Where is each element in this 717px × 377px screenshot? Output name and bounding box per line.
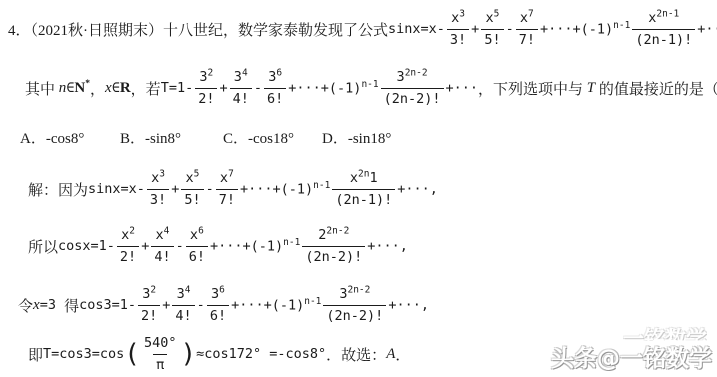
text-run: 解：因为 [28, 179, 88, 200]
math-fraction: x2n-1(2n-1)! [632, 9, 695, 49]
math-power: 36 [268, 69, 282, 85]
math-exponent: 3 [159, 169, 165, 180]
fraction-denominator: 3! [447, 29, 469, 49]
fraction-denominator: 6! [264, 88, 286, 108]
fraction-numerator: 34 [232, 68, 250, 87]
math-text: cosx=1- [58, 238, 115, 254]
math-fraction: 540°π [142, 334, 179, 374]
fraction-denominator: 5! [481, 29, 503, 49]
math-power: (-1)n-1 [329, 80, 379, 97]
math-text: T=cos3=cos [43, 346, 124, 362]
math-text: - [206, 181, 214, 197]
math-text: 2! [120, 249, 136, 265]
math-text: +···, [388, 297, 429, 313]
math-power: x2n [350, 170, 370, 186]
math-text: + [162, 297, 170, 313]
fraction-numerator: x5 [484, 9, 502, 28]
math-power: x3 [151, 170, 165, 186]
text-run: 4．（2021秋·日照期末）十八世纪，数学家泰勒发现了公式 [8, 19, 388, 40]
math-text: (2n-2)! [326, 308, 383, 324]
math-power: 32 [199, 69, 213, 85]
math-text: + [219, 80, 227, 96]
math-exponent: 2 [208, 68, 214, 79]
fraction-numerator: x5 [184, 169, 202, 188]
fraction-denominator: 4! [172, 305, 194, 325]
math-text: =3 [40, 297, 64, 313]
math-text: 2! [198, 91, 214, 107]
fraction-denominator: π [153, 354, 167, 374]
solution-line-2: 所以cosx=1-x22!+x44!-x66!+···+(-1)n-122n-2… [28, 220, 408, 272]
math-text: 4! [233, 91, 249, 107]
fraction-numerator: 36 [209, 285, 227, 304]
math-text: +···+ [540, 21, 581, 37]
math-exponent: 2n [358, 169, 369, 180]
math-power: 22n-2 [318, 227, 349, 243]
math-text: +···, [397, 181, 438, 197]
math-text: - [254, 80, 262, 96]
math-exponent: 5 [194, 169, 200, 180]
fraction-numerator: x2n-1 [646, 9, 681, 28]
math-text: - [197, 297, 205, 313]
math-power: x5 [186, 170, 200, 186]
math-text: T [587, 80, 595, 97]
math-text: +···+ [210, 238, 251, 254]
fraction-numerator: x4 [154, 226, 172, 245]
math-power: x4 [156, 227, 170, 243]
option-c: C．-cos18° [223, 127, 322, 148]
math-power: (-1)n-1 [581, 21, 631, 38]
fraction-numerator: x6 [188, 226, 206, 245]
math-exponent: 6 [198, 226, 204, 237]
text-run: 令 [18, 295, 33, 316]
text-run: ，下列选项中与 [478, 78, 587, 99]
math-fraction: x77! [516, 9, 538, 49]
math-exponent: 2n-1 [656, 9, 679, 20]
fraction-denominator: 2! [138, 305, 160, 325]
text-run: ． [395, 344, 410, 365]
math-text: - [506, 21, 514, 37]
math-exponent: 2 [150, 285, 156, 296]
math-text: sinx=x- [88, 181, 145, 197]
fraction-numerator: 32 [140, 285, 158, 304]
fraction-denominator: 5! [181, 189, 203, 209]
text-run: 即 [28, 344, 43, 365]
math-exponent: 5 [494, 9, 500, 20]
watermark: 头条@一铭数学 [551, 340, 712, 373]
math-fraction: 322! [195, 68, 217, 108]
math-text: +···, [367, 238, 408, 254]
math-text: 5! [184, 192, 200, 208]
math-exponent: n-1 [304, 296, 321, 307]
math-power: 34 [177, 286, 191, 302]
math-text: 2! [141, 308, 157, 324]
math-exponent: 3 [459, 9, 465, 20]
math-exponent: 4 [242, 68, 248, 79]
math-fraction: x66! [186, 226, 208, 266]
math-power: N* [74, 80, 90, 97]
math-exponent: n-1 [283, 237, 300, 248]
math-text: ) [180, 341, 196, 367]
math-text: +···+ [240, 181, 281, 197]
math-text: 3! [450, 32, 466, 48]
math-text: + [141, 238, 149, 254]
math-text: x [33, 297, 40, 314]
math-power: 34 [234, 69, 248, 85]
math-text: (2n-1)! [635, 32, 692, 48]
math-text: 3! [150, 192, 166, 208]
math-text: + [471, 21, 479, 37]
math-text: (2n-2)! [384, 91, 441, 107]
document-page: 4．（2021秋·日照期末）十八世纪，数学家泰勒发现了公式sinx=x-x33!… [0, 0, 717, 377]
math-text: x [105, 80, 112, 97]
math-power: 36 [211, 286, 225, 302]
math-exponent: n-1 [361, 79, 378, 90]
math-power: (-1)n-1 [281, 181, 331, 198]
math-power: x7 [520, 10, 534, 26]
text-run: 所以 [28, 236, 58, 257]
option-b: B．-sin8° [120, 127, 223, 148]
fraction-numerator: x2 [119, 226, 137, 245]
math-text: ( [124, 341, 140, 367]
math-fraction: x22! [117, 226, 139, 266]
math-text: cos3=1- [79, 297, 136, 313]
condition-question-line: 其中 n∈N*，x∈R，若T=1-322!+344!-366!+···+(-1)… [25, 62, 717, 114]
math-text: +··· [446, 80, 479, 96]
math-text: 5! [484, 32, 500, 48]
fraction-numerator: x3 [149, 169, 167, 188]
math-text: R [120, 80, 131, 97]
math-exponent: 2n-2 [405, 68, 428, 79]
math-exponent: 2 [129, 226, 135, 237]
fraction-numerator: 34 [175, 285, 193, 304]
fraction-numerator: 540° [142, 334, 179, 353]
option-a: A．-cos8° [20, 127, 120, 148]
fraction-numerator: 32 [197, 68, 215, 87]
fraction-numerator: 32n-2 [395, 68, 430, 87]
math-fraction: 32n-2(2n-2)! [381, 68, 444, 108]
math-text: 7! [519, 32, 535, 48]
fraction-denominator: (2n-1)! [632, 29, 695, 49]
fraction-denominator: 7! [516, 29, 538, 49]
math-fraction: x77! [216, 169, 238, 209]
math-text: sinx=x- [388, 21, 445, 37]
solution-line-3: 令x=3 得cos3=1-322!+344!-366!+···+(-1)n-13… [18, 278, 429, 332]
fraction-denominator: 6! [186, 246, 208, 266]
fraction-numerator: x7 [218, 169, 236, 188]
fraction-denominator: 4! [230, 88, 252, 108]
math-power: x5 [486, 10, 500, 26]
math-exponent: 7 [528, 9, 534, 20]
text-run: 的值最接近的是（ ） [595, 78, 717, 99]
math-text: 540° [144, 335, 177, 351]
math-power: 32n-2 [397, 69, 428, 85]
fraction-numerator: x3 [449, 9, 467, 28]
fraction-numerator: x7 [518, 9, 536, 28]
fraction-denominator: 6! [207, 305, 229, 325]
fraction-denominator: 2! [195, 88, 217, 108]
math-text: A [386, 346, 395, 363]
math-fraction: 22n-2(2n-2)! [302, 226, 365, 266]
math-power: (-1)n-1 [251, 238, 301, 255]
math-exponent: 6 [276, 68, 282, 79]
math-text: 7! [219, 192, 235, 208]
fraction-numerator: 32n-2 [337, 285, 372, 304]
math-text: 6! [210, 308, 226, 324]
math-text: π [156, 357, 164, 373]
fraction-denominator: 3! [147, 189, 169, 209]
text-run: ．故选： [326, 344, 386, 365]
math-fraction: x55! [481, 9, 503, 49]
fraction-numerator: x2n1 [348, 169, 380, 188]
math-fraction: x33! [147, 169, 169, 209]
math-text: +···+ [288, 80, 329, 96]
math-text: ∈ [66, 80, 74, 96]
fraction-denominator: (2n-2)! [323, 305, 386, 325]
math-text: T=1- [161, 80, 194, 96]
math-text: 6! [189, 249, 205, 265]
math-exponent: 7 [228, 169, 234, 180]
math-text: 6! [267, 91, 283, 107]
math-power: x3 [451, 10, 465, 26]
option-d: D．-sin18° [322, 127, 391, 148]
math-text: - [176, 238, 184, 254]
math-power: 32 [142, 286, 156, 302]
math-text: (2n-1)! [335, 192, 392, 208]
math-fraction: 366! [207, 285, 229, 325]
math-text: 4! [154, 249, 170, 265]
math-text: (2n-2)! [305, 249, 362, 265]
options-row: A．-cos8° B．-sin8° C．-cos18° D．-sin18° [20, 124, 391, 150]
math-exponent: 4 [185, 285, 191, 296]
fraction-denominator: (2n-1)! [332, 189, 395, 209]
math-power: x2n-1 [648, 10, 679, 26]
math-fraction: 344! [230, 68, 252, 108]
math-exponent: 4 [164, 226, 170, 237]
math-fraction: x55! [181, 169, 203, 209]
text-run: ， [90, 78, 105, 99]
text-run: 其中 [25, 78, 59, 99]
math-power: x7 [220, 170, 234, 186]
math-text: + [171, 181, 179, 197]
problem-statement-line: 4．（2021秋·日照期末）十八世纪，数学家泰勒发现了公式sinx=x-x33!… [8, 4, 717, 54]
fraction-denominator: 4! [151, 246, 173, 266]
math-power: (-1)n-1 [272, 297, 322, 314]
solution-line-1: 解：因为sinx=x-x33!+x55!-x77!+···+(-1)n-1x2n… [28, 162, 438, 216]
fraction-denominator: (2n-2)! [302, 246, 365, 266]
math-power: x2 [121, 227, 135, 243]
math-exponent: n-1 [313, 180, 330, 191]
math-fraction: x33! [447, 9, 469, 49]
solution-line-4: 即T=cos3=cos(540°π)≈cos172° =-cos8°．故选：A． [28, 332, 410, 376]
fraction-numerator: 36 [266, 68, 284, 87]
math-exponent: 2n-2 [326, 226, 349, 237]
math-exponent: 2n-2 [347, 285, 370, 296]
math-exponent: n-1 [613, 20, 630, 31]
math-fraction: 366! [264, 68, 286, 108]
math-fraction: 344! [172, 285, 194, 325]
math-fraction: 322! [138, 285, 160, 325]
math-fraction: 32n-2(2n-2)! [323, 285, 386, 325]
math-text: n [59, 80, 67, 97]
math-fraction: x44! [151, 226, 173, 266]
math-text: 1 [370, 170, 378, 186]
fraction-denominator: 2! [117, 246, 139, 266]
math-fraction: x2n1(2n-1)! [332, 169, 395, 209]
math-power: x6 [190, 227, 204, 243]
math-text: 4! [175, 308, 191, 324]
math-exponent: 6 [219, 285, 225, 296]
fraction-denominator: (2n-2)! [381, 88, 444, 108]
math-text: ∈ [112, 80, 120, 96]
fraction-denominator: 7! [216, 189, 238, 209]
fraction-numerator: 22n-2 [316, 226, 351, 245]
text-run: 得 [64, 295, 79, 316]
math-text: ≈cos172° =-cos8° [196, 346, 326, 362]
math-text: +···+ [231, 297, 272, 313]
math-text: +···, [697, 21, 717, 37]
text-run: ，若 [131, 78, 161, 99]
math-power: 32n-2 [339, 286, 370, 302]
